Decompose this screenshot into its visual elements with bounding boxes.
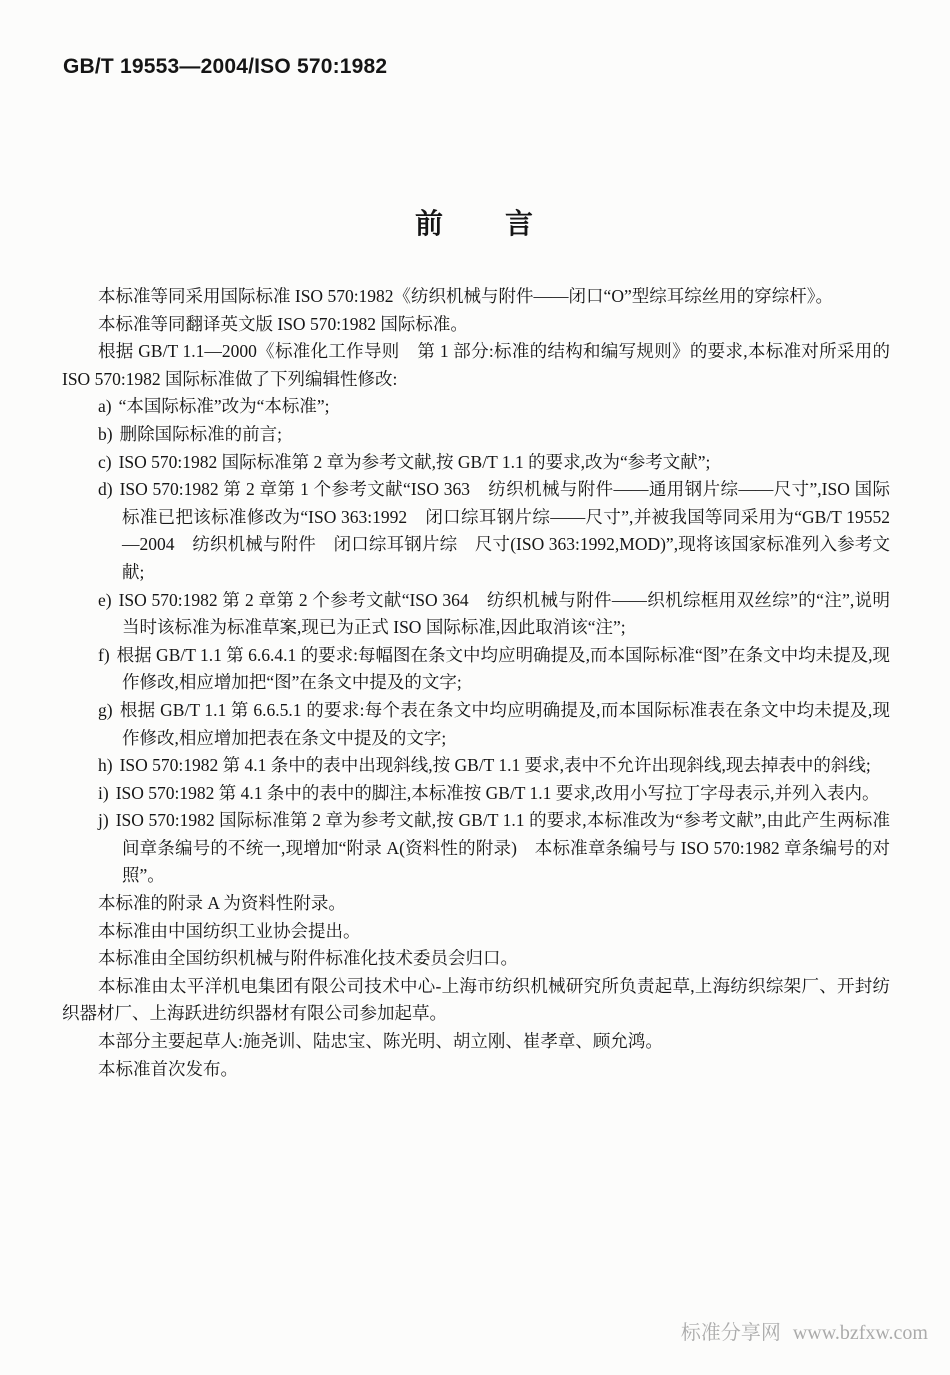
closing-paragraph: 本标准首次发布。: [62, 1056, 890, 1084]
edit-item-b: b)删除国际标准的前言;: [62, 421, 890, 449]
edit-item-text: 删除国际标准的前言;: [120, 424, 282, 444]
edit-item-text: ISO 570:1982 第 2 章第 2 个参考文献“ISO 364 纺织机械…: [119, 590, 890, 638]
intro-paragraph: 本标准等同翻译英文版 ISO 570:1982 国际标准。: [62, 311, 890, 339]
page-title: 前 言: [0, 202, 950, 242]
editorial-changes-list: a)“本国际标准”改为“本标准”; b)删除国际标准的前言; c)ISO 570…: [62, 393, 890, 890]
document-page: GB/T 19553—2004/ISO 570:1982 前 言 本标准等同采用…: [0, 0, 950, 1375]
edit-item-f: f)根据 GB/T 1.1 第 6.6.4.1 的要求:每幅图在条文中均应明确提…: [62, 642, 890, 697]
edit-item-label: d): [98, 479, 113, 499]
edit-item-label: j): [98, 810, 109, 830]
intro-paragraph: 根据 GB/T 1.1—2000《标准化工作导则 第 1 部分:标准的结构和编写…: [62, 338, 890, 393]
edit-item-text: ISO 570:1982 第 2 章第 1 个参考文献“ISO 363 纺织机械…: [120, 479, 890, 582]
edit-item-label: e): [98, 590, 112, 610]
closing-paragraph: 本标准的附录 A 为资料性附录。: [62, 890, 890, 918]
edit-item-label: h): [98, 755, 113, 775]
edit-item-d: d)ISO 570:1982 第 2 章第 1 个参考文献“ISO 363 纺织…: [62, 476, 890, 586]
edit-item-label: g): [98, 700, 113, 720]
edit-item-i: i)ISO 570:1982 第 4.1 条中的表中的脚注,本标准按 GB/T …: [62, 780, 890, 808]
edit-item-text: “本国际标准”改为“本标准”;: [119, 396, 330, 416]
watermark: 标准分享网www.bzfxw.com: [681, 1316, 928, 1345]
edit-item-label: c): [98, 452, 112, 472]
edit-item-e: e)ISO 570:1982 第 2 章第 2 个参考文献“ISO 364 纺织…: [62, 587, 890, 642]
watermark-site-name: 标准分享网: [681, 1322, 781, 1344]
edit-item-text: 根据 GB/T 1.1 第 6.6.5.1 的要求:每个表在条文中均应明确提及,…: [120, 700, 890, 748]
edit-item-h: h)ISO 570:1982 第 4.1 条中的表中出现斜线,按 GB/T 1.…: [62, 752, 890, 780]
edit-item-a: a)“本国际标准”改为“本标准”;: [62, 393, 890, 421]
edit-item-label: f): [98, 645, 110, 665]
edit-item-text: ISO 570:1982 国际标准第 2 章为参考文献,按 GB/T 1.1 的…: [116, 810, 890, 885]
edit-item-text: ISO 570:1982 国际标准第 2 章为参考文献,按 GB/T 1.1 的…: [119, 452, 711, 472]
standard-code: GB/T 19553—2004/ISO 570:1982: [63, 55, 387, 79]
edit-item-text: 根据 GB/T 1.1 第 6.6.4.1 的要求:每幅图在条文中均应明确提及,…: [117, 645, 890, 693]
closing-paragraph: 本部分主要起草人:施尧训、陆忠宝、陈光明、胡立刚、崔孝章、顾允鸿。: [62, 1028, 890, 1056]
foreword-body: 本标准等同采用国际标准 ISO 570:1982《纺织机械与附件——闭口“O”型…: [62, 283, 890, 1083]
edit-item-label: a): [98, 396, 112, 416]
intro-paragraph: 本标准等同采用国际标准 ISO 570:1982《纺织机械与附件——闭口“O”型…: [62, 283, 890, 311]
watermark-url: www.bzfxw.com: [793, 1322, 928, 1344]
edit-item-label: b): [98, 424, 113, 444]
edit-item-text: ISO 570:1982 第 4.1 条中的表中出现斜线,按 GB/T 1.1 …: [120, 755, 871, 775]
closing-paragraph: 本标准由全国纺织机械与附件标准化技术委员会归口。: [62, 945, 890, 973]
edit-item-c: c)ISO 570:1982 国际标准第 2 章为参考文献,按 GB/T 1.1…: [62, 449, 890, 477]
closing-paragraph: 本标准由太平洋机电集团有限公司技术中心-上海市纺织机械研究所负责起草,上海纺织综…: [62, 973, 890, 1028]
edit-item-j: j)ISO 570:1982 国际标准第 2 章为参考文献,按 GB/T 1.1…: [62, 807, 890, 890]
closing-paragraph: 本标准由中国纺织工业协会提出。: [62, 918, 890, 946]
edit-item-text: ISO 570:1982 第 4.1 条中的表中的脚注,本标准按 GB/T 1.…: [116, 783, 880, 803]
edit-item-label: i): [98, 783, 109, 803]
edit-item-g: g)根据 GB/T 1.1 第 6.6.5.1 的要求:每个表在条文中均应明确提…: [62, 697, 890, 752]
